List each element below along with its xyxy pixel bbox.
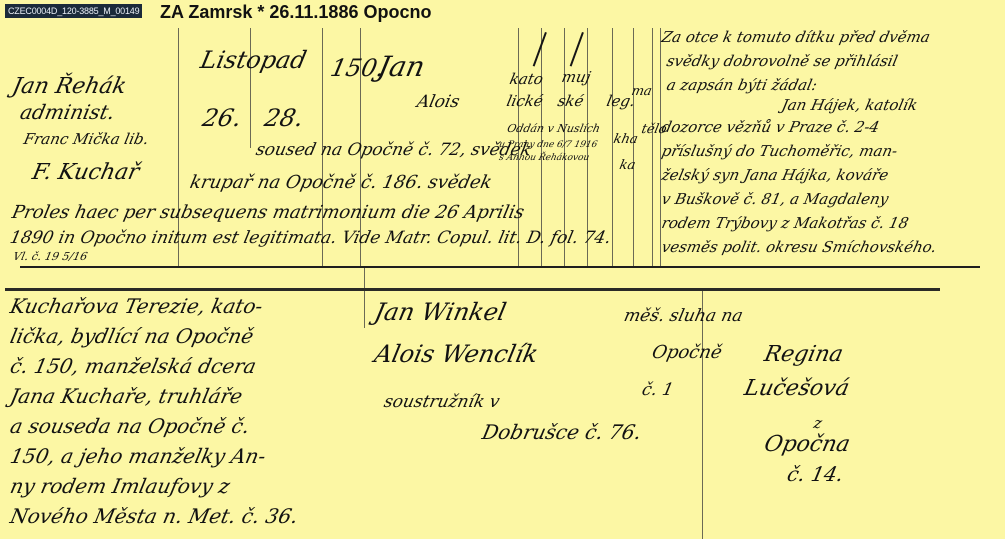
declaration-line: Jan Hájek, katolík bbox=[780, 96, 919, 114]
column-rule bbox=[660, 28, 661, 268]
column-rule bbox=[612, 28, 613, 268]
declaration-line: želský syn Jana Hájka, kováře bbox=[660, 166, 890, 184]
entry-divider bbox=[20, 266, 980, 268]
mother-info-line: Kuchařova Terezie, kato- bbox=[8, 294, 265, 318]
religion-cell: muj bbox=[560, 68, 592, 86]
declaration-line: dozorce vězňů v Praze č. 2-4 bbox=[660, 118, 881, 136]
side-mark: ma bbox=[630, 84, 653, 99]
column-rule bbox=[633, 28, 634, 268]
image-id-label: CZEC0004D_120-3885_M_00149 bbox=[5, 4, 142, 18]
legitimation-note-line: Proles haec per subsequens matrimonium d… bbox=[10, 202, 526, 223]
month: Listopad bbox=[198, 46, 309, 74]
child-name-2: Alois bbox=[415, 92, 461, 112]
declaration-line: vesměs polit. okresu Smíchovského. bbox=[660, 238, 938, 256]
religion-cell: ské bbox=[556, 92, 585, 110]
entry-divider bbox=[5, 288, 940, 291]
godparent-side-note: Opočně bbox=[650, 342, 724, 363]
declaration-line: rodem Trýbovy z Makotřas č. 18 bbox=[660, 214, 910, 232]
declaration-line: a zapsán býti žádal: bbox=[665, 76, 819, 94]
page-title: ZA Zamrsk * 26.11.1886 Opocno bbox=[160, 0, 431, 24]
mother-info-line: a souseda na Opočně č. bbox=[8, 414, 252, 438]
religion-cell: kato bbox=[508, 70, 545, 88]
baptism-day: 28. bbox=[262, 104, 306, 132]
lower-midwife-line: Lučešová bbox=[742, 376, 852, 401]
marriage-note-line: Oddán v Nuslích bbox=[506, 122, 601, 135]
column-rule bbox=[364, 268, 365, 328]
godparent-name: Alois Wenclík bbox=[372, 340, 541, 368]
midwife-name-2: F. Kuchař bbox=[30, 160, 141, 185]
legitimation-note-line: 1890 in Opočno initum est legitimata. Vi… bbox=[8, 228, 613, 248]
mother-info-line: ny rodem Imlaufovy z bbox=[8, 474, 232, 498]
marriage-note-line: s Annou Řehákovou bbox=[498, 153, 590, 163]
godparent-occupation: soustružník v bbox=[382, 392, 501, 412]
religion-cell: lické bbox=[505, 92, 545, 110]
marriage-note-line: u Prahy dne 6/7 1916 bbox=[498, 140, 598, 150]
lower-midwife-line: z bbox=[812, 414, 824, 432]
small-note: Vl. č. 19 5/16 bbox=[12, 250, 89, 263]
lower-midwife-line: č. 14. bbox=[785, 462, 846, 486]
tally-mark bbox=[570, 32, 584, 67]
child-name: Jan bbox=[375, 50, 428, 83]
mother-info-line: lička, bydlící na Opočně bbox=[8, 324, 256, 348]
godparent-side-note: č. 1 bbox=[640, 380, 675, 400]
register-page: CZEC0004D_120-3885_M_00149 ZA Zamrsk * 2… bbox=[0, 0, 1005, 539]
side-mark: ka bbox=[618, 158, 637, 173]
midwife-name: Franc Mička lib. bbox=[22, 130, 151, 148]
lower-midwife-line: Opočna bbox=[762, 432, 852, 457]
mother-info-line: Nového Města n. Met. č. 36. bbox=[8, 504, 300, 528]
father-info-line: krupař na Opočně č. 186. svědek bbox=[188, 172, 494, 193]
mother-info-line: č. 150, manželská dcera bbox=[8, 354, 258, 378]
lower-midwife-line: Regina bbox=[762, 342, 845, 367]
column-rule bbox=[652, 28, 653, 268]
godparent-side-note: měš. sluha na bbox=[622, 306, 745, 326]
godparent-residence: Dobrušce č. 76. bbox=[480, 420, 644, 444]
godparent-name: Jan Winkel bbox=[372, 298, 509, 326]
declaration-line: v Buškově č. 81, a Magdaleny bbox=[660, 190, 890, 208]
father-info-line: soused na Opočně č. 72, svědek bbox=[254, 140, 533, 160]
side-mark: kha bbox=[612, 132, 639, 147]
declaration-line: příslušný do Tuchoměřic, man- bbox=[660, 142, 899, 160]
tally-mark bbox=[533, 32, 547, 67]
declaration-line: svědky dobrovolně se přihlásil bbox=[665, 52, 899, 70]
birth-day: 26. bbox=[200, 104, 244, 132]
priest-name: Jan Řehák bbox=[10, 74, 129, 99]
mother-info-line: Jana Kuchaře, truhláře bbox=[8, 384, 245, 408]
column-rule bbox=[702, 290, 703, 539]
priest-title: administ. bbox=[18, 100, 117, 124]
mother-info-line: 150, a jeho manželky An- bbox=[8, 444, 268, 468]
declaration-line: Za otce k tomuto dítku před dvěma bbox=[660, 28, 932, 46]
